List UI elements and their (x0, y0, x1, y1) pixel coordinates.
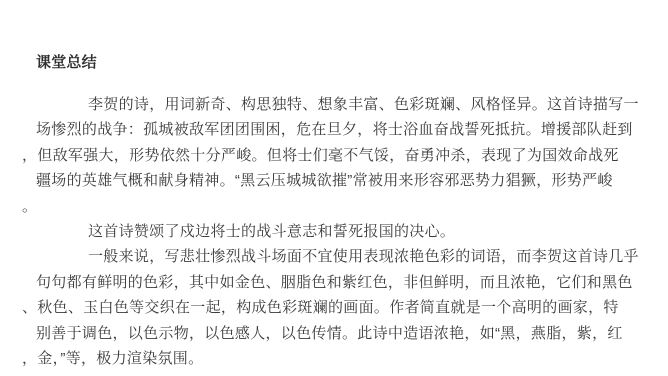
text-line: 一般来说，写悲壮惨烈战斗场面不宜使用表现浓艳色彩的词语，而李贺这首诗几乎 (88, 248, 639, 265)
text-line: 别善于调色，以色示物，以色感人，以色传情。此诗中造语浓艳，如“黑，燕脂，紫，红 (36, 325, 623, 342)
text-line: 句句都有鲜明的色彩，其中如金色、胭脂色和紫红色，非但鲜明，而且浓艳，它们和黑色 (36, 274, 633, 291)
text-line: 疆场的英雄气概和献身精神。“黑云压城城欲摧”常被用来形容邪恶势力猖獗，形势严峻 (36, 172, 613, 189)
text-line: ，金，”等，极力渲染氛围。 (22, 350, 203, 367)
text-line: 李贺的诗，用词新奇、构思独特、想象丰富、色彩斑斓、风格怪异。这首诗描写一 (88, 96, 639, 113)
text-line: 。 (22, 198, 37, 215)
slide-title: 课堂总结 (36, 54, 97, 71)
text-line: ，但敌军强大，形势依然十分严峻。但将士们毫不气馁，奋勇冲杀，表现了为国效命战死 (22, 147, 619, 164)
text-line: 、秋色、玉白色等交织在一起，构成色彩斑斓的画面。作者简直就是一个高明的画家，特 (22, 299, 619, 316)
text-line: 这首诗赞颂了戍边将士的战斗意志和誓死报国的决心。 (88, 223, 455, 240)
slide: 课堂总结 李贺的诗，用词新奇、构思独特、想象丰富、色彩斑斓、风格怪异。这首诗描写… (0, 0, 668, 376)
text-line: 场惨烈的战争：孤城被敌军团团围困，危在旦夕，将士浴血奋战誓死抵抗。增援部队赶到 (36, 121, 633, 138)
